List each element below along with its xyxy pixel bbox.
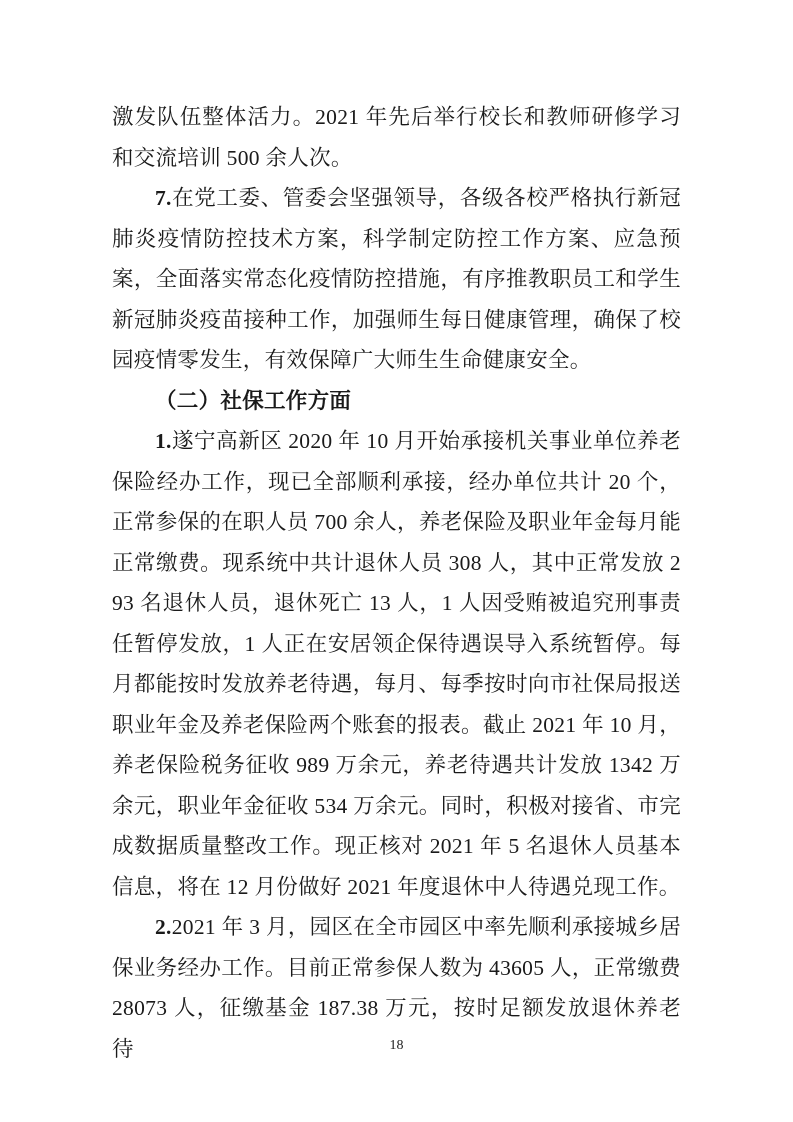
paragraph-continuation: 激发队伍整体活力。2021 年先后举行校长和教师研修学习和交流培训 500 余人… [112, 97, 681, 178]
section-heading: （二）社保工作方面 [112, 381, 681, 422]
document-body: 激发队伍整体活力。2021 年先后举行校长和教师研修学习和交流培训 500 余人… [112, 97, 681, 1069]
paragraph-number: 2. [155, 915, 172, 939]
paragraph-text: 在党工委、管委会坚强领导，各级各校严格执行新冠肺炎疫情防控技术方案，科学制定防控… [112, 186, 681, 372]
paragraph-number: 7. [155, 186, 172, 210]
paragraph-number: 1. [155, 429, 172, 453]
document-page: 激发队伍整体活力。2021 年先后举行校长和教师研修学习和交流培训 500 余人… [0, 0, 793, 1122]
paragraph-text: 遂宁高新区 2020 年 10 月开始承接机关事业单位养老保险经办工作，现已全部… [112, 429, 681, 899]
page-number: 18 [0, 1036, 793, 1056]
paragraph-item-1: 1.遂宁高新区 2020 年 10 月开始承接机关事业单位养老保险经办工作，现已… [112, 421, 681, 907]
paragraph-item-7: 7.在党工委、管委会坚强领导，各级各校严格执行新冠肺炎疫情防控技术方案，科学制定… [112, 178, 681, 381]
